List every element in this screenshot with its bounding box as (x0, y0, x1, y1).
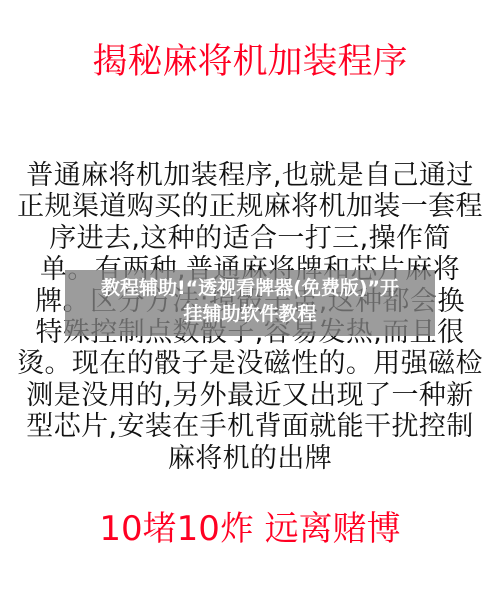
page-title: 揭秘麻将机加装程序 (0, 38, 500, 86)
anti-gambling-slogan: 10堵10炸 远离赌博 (0, 505, 500, 553)
body-line: 型芯片,安装在手机背面就能干扰控制 (0, 411, 500, 442)
body-line: 普通麻将机加装程序,也就是自己通过 (0, 160, 500, 191)
body-line: 麻将机的出牌 (0, 443, 500, 474)
overlay-caption-banner: 教程辅助!“透视看牌器(免费版)”开 挂辅助软件教程 (65, 270, 435, 336)
body-line: 序进去,这种的适合一打三,操作简 (0, 223, 500, 254)
overlay-caption-line-2: 挂辅助软件教程 (65, 302, 435, 326)
overlay-caption-line-1: 教程辅助!“透视看牌器(免费版)”开 (65, 276, 435, 300)
body-line: 烫。现在的骰子是没磁性的。用强磁检 (0, 348, 500, 379)
body-line: 正规渠道购买的正规麻将机加装一套程 (0, 191, 500, 222)
body-line: 测是没用的,另外最近又出现了一种新 (0, 380, 500, 411)
